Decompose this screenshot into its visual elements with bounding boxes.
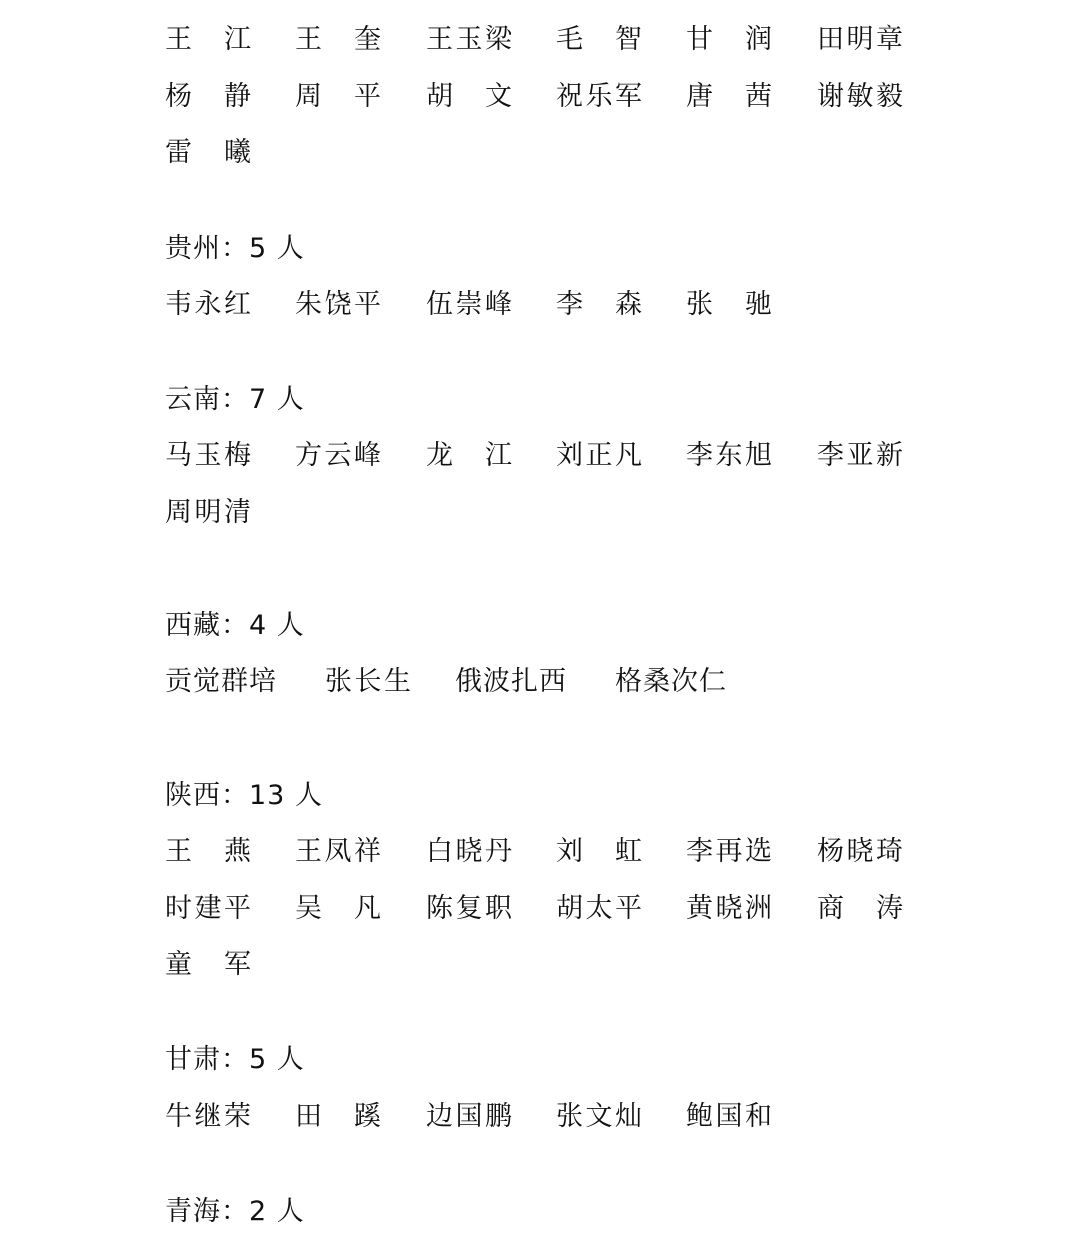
person-name: 牛继荣 [165,1099,251,1135]
person-name: 周平 [295,79,381,115]
person-name: 李亚新 [817,438,903,474]
person-name: 刘正凡 [556,438,642,474]
section-heading-gansu: 甘肃：5 人 [165,1042,305,1078]
person-name: 陈复职 [426,891,512,927]
person-name: 毛智 [556,22,642,58]
section-heading-xizang: 西藏：4 人 [165,608,305,644]
person-name: 李森 [556,287,642,323]
section-heading-shaanxi: 陕西：13 人 [165,778,323,814]
person-name: 俄波扎西 [455,664,566,700]
person-name: 韦永红 [165,287,251,323]
person-name: 李再选 [686,834,772,870]
person-name: 田明章 [817,22,903,58]
person-name: 唐茜 [686,79,772,115]
person-name: 边国鹏 [426,1099,512,1135]
person-name: 童军 [165,947,251,983]
person-name: 张文灿 [556,1099,642,1135]
person-name: 王玉梁 [426,22,512,58]
person-name: 杨晓琦 [817,834,903,870]
person-name: 王江 [165,22,251,58]
person-name: 胡太平 [556,891,642,927]
person-name: 时建平 [165,891,251,927]
person-name: 周明清 [165,495,251,531]
person-name: 雷曦 [165,135,251,171]
person-name: 张长生 [325,664,411,700]
person-name: 谢敏毅 [817,79,903,115]
person-name: 格桑次仁 [615,664,726,700]
person-name: 伍崇峰 [426,287,512,323]
person-name: 王凤祥 [295,834,381,870]
person-name: 马玉梅 [165,438,251,474]
person-name: 胡文 [426,79,512,115]
person-name: 黄晓洲 [686,891,772,927]
person-name: 甘润 [686,22,772,58]
person-name: 朱饶平 [295,287,381,323]
person-name: 王奎 [295,22,381,58]
person-name: 王燕 [165,834,251,870]
person-name: 贡觉群培 [165,664,276,700]
person-name: 田蹊 [295,1099,381,1135]
person-name: 刘虹 [556,834,642,870]
person-name: 吴凡 [295,891,381,927]
person-name: 鲍国和 [686,1099,772,1135]
person-name: 李东旭 [686,438,772,474]
person-name: 龙江 [426,438,512,474]
person-name: 祝乐军 [556,79,642,115]
section-heading-guizhou: 贵州：5 人 [165,231,305,267]
person-name: 商涛 [817,891,903,927]
person-name: 杨静 [165,79,251,115]
person-name: 张驰 [686,287,772,323]
section-heading-qinghai: 青海：2 人 [165,1194,305,1230]
person-name: 方云峰 [295,438,381,474]
person-name: 白晓丹 [426,834,512,870]
section-heading-yunnan: 云南：7 人 [165,382,305,418]
